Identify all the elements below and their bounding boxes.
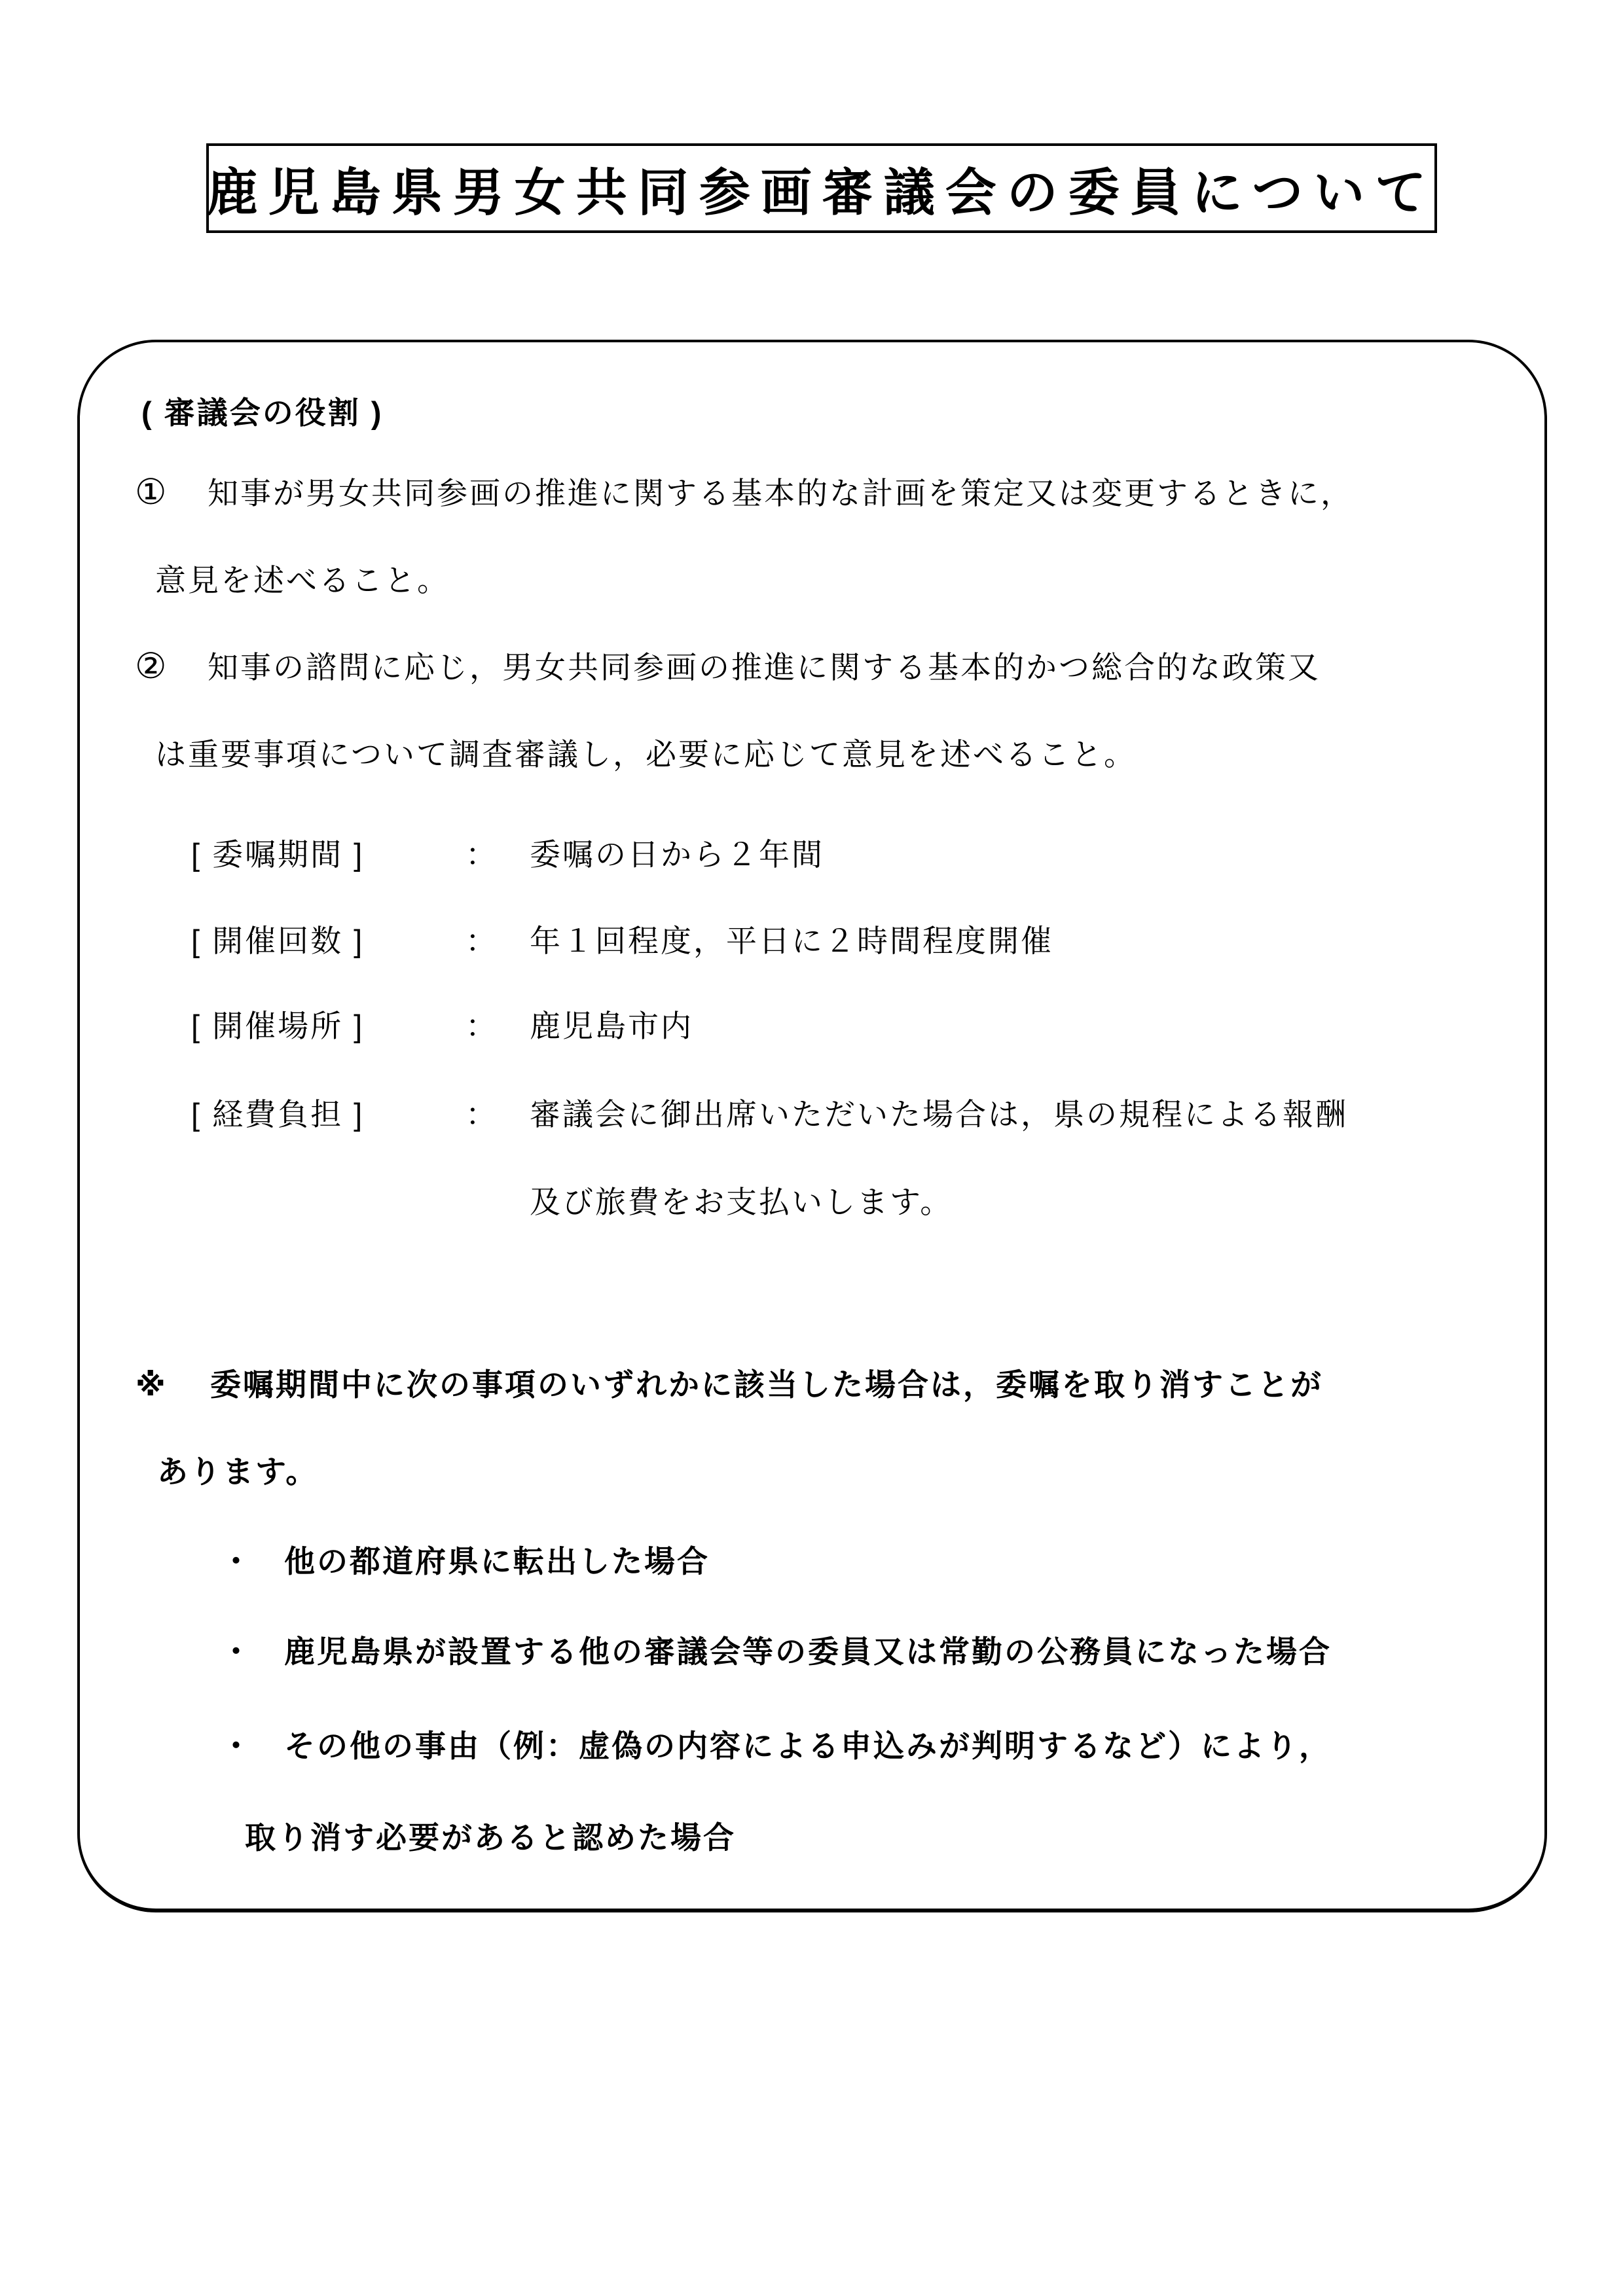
detail-colon: ： — [465, 924, 498, 959]
detail-value: 年１回程度，平日に２時間程度開催 — [530, 924, 1053, 959]
title-box: 鹿児島県男女共同参画審議会の委員について — [206, 143, 1437, 233]
circled-number-1-marker: ① — [135, 475, 166, 510]
bullet-icon: ・ — [221, 1729, 251, 1764]
content-box: ( 審議会の役割 ) ① 知事が男女共同参画の推進に関する基本的な計画を策定又は… — [77, 340, 1547, 1912]
item1-line1: 知事が男女共同参画の推進に関する基本的な計画を策定又は変更するときに， — [208, 476, 1353, 511]
document-page: 鹿児島県男女共同参画審議会の委員について ( 審議会の役割 ) ① 知事が男女共… — [0, 0, 1623, 2296]
detail-value: 鹿児島市内 — [530, 1009, 693, 1044]
item1-line2: 意見を述べること。 — [155, 563, 450, 598]
bullet2-text: 鹿児島県が設置する他の審議会等の委員又は常勤の公務員になった場合 — [284, 1634, 1332, 1670]
detail-value: 審議会に御出席いただいた場合は，県の規程による報酬 — [530, 1097, 1348, 1132]
detail-label: [ 経費負担 ] — [191, 1097, 364, 1132]
detail-colon: ： — [465, 1009, 498, 1044]
bullet1-text: 他の都道府県に転出した場合 — [284, 1544, 710, 1579]
detail-expenses-line2: 及び旅費をお支払いします。 — [530, 1185, 953, 1220]
bullet3-text: その他の事由（例：虚偽の内容による申込みが判明するなど）により， — [284, 1729, 1332, 1764]
detail-colon: ： — [465, 837, 498, 872]
item2-line1: 知事の諮問に応じ，男女共同参画の推進に関する基本的かつ総合的な政策又 — [208, 650, 1321, 685]
page-title: 鹿児島県男女共同参画審議会の委員について — [207, 152, 1436, 225]
detail-label: [ 開催回数 ] — [191, 924, 364, 959]
note-line1: 委嘱期間中に次の事項のいずれかに該当した場合は，委嘱を取り消すことが — [210, 1367, 1323, 1403]
bullet3-text-line2: 取り消す必要があると認めた場合 — [245, 1820, 736, 1856]
detail-row-commission-period: [ 委嘱期間 ] ： 委嘱の日から２年間 — [80, 837, 1544, 872]
reference-mark: ※ — [136, 1367, 166, 1403]
detail-label: [ 開催場所 ] — [191, 1009, 364, 1044]
bullet-icon: ・ — [221, 1634, 251, 1670]
circled-number-2-marker: ② — [135, 649, 166, 684]
detail-row-expenses: [ 経費負担 ] ： 審議会に御出席いただいた場合は，県の規程による報酬 — [80, 1097, 1544, 1132]
detail-value: 委嘱の日から２年間 — [530, 837, 824, 872]
role-heading: ( 審議会の役割 ) — [141, 395, 383, 431]
detail-row-meeting-frequency: [ 開催回数 ] ： 年１回程度，平日に２時間程度開催 — [80, 924, 1544, 959]
detail-colon: ： — [465, 1097, 498, 1132]
bullet-icon: ・ — [221, 1544, 251, 1579]
detail-label: [ 委嘱期間 ] — [191, 837, 364, 872]
detail-row-meeting-place: [ 開催場所 ] ： 鹿児島市内 — [80, 1009, 1544, 1044]
note-line2: あります。 — [157, 1454, 318, 1490]
item2-line2: は重要事項について調査審議し，必要に応じて意見を述べること。 — [155, 737, 1137, 772]
